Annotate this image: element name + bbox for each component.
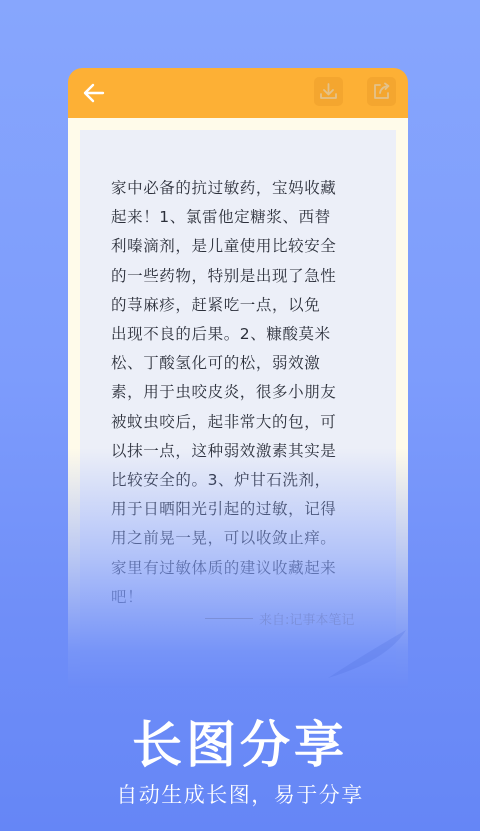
- note-text: 家中必备的抗过敏药，宝妈收藏 起来！1、氯雷他定糖浆、西替 利嗪滴剂，是儿童使用…: [111, 174, 351, 612]
- long-image-preview-card: 家中必备的抗过敏药，宝妈收藏 起来！1、氯雷他定糖浆、西替 利嗪滴剂，是儿童使用…: [68, 68, 408, 688]
- note-line: 素，用于虫咬皮炎，很多小朋友: [111, 378, 351, 407]
- download-button[interactable]: [314, 77, 343, 106]
- source-label: 来自:记事本笔记: [259, 609, 354, 628]
- note-line: 的一些药物，特别是出现了急性: [111, 262, 351, 291]
- note-line: 起来！1、氯雷他定糖浆、西替: [111, 203, 351, 232]
- note-line: 利嗪滴剂，是儿童使用比较安全: [111, 232, 351, 261]
- note-line: 的荨麻疹，赶紧吃一点，以免: [111, 291, 351, 320]
- download-icon: [314, 77, 343, 106]
- source-dash: [205, 618, 253, 619]
- top-bar: [68, 68, 408, 118]
- note-line: 用之前晃一晃，可以收敛止痒。: [111, 524, 351, 553]
- promo-subtitle: 自动生成长图，易于分享: [0, 779, 480, 809]
- note-line: 家里有过敏体质的建议收藏起来: [111, 554, 351, 583]
- note-line: 被蚊虫咬后，起非常大的包，可: [111, 408, 351, 437]
- note-line: 出现不良的后果。2、糠酸莫米: [111, 320, 351, 349]
- share-icon: [367, 77, 396, 106]
- note-line: 用于日晒阳光引起的过敏，记得: [111, 495, 351, 524]
- feather-icon: [318, 630, 408, 680]
- arrow-left-icon: [78, 78, 110, 108]
- note-line: 吧！: [111, 583, 351, 612]
- note-line: 比较安全的。3、炉甘石洗剂，: [111, 466, 351, 495]
- note-line: 以抹一点，这种弱效激素其实是: [111, 437, 351, 466]
- promo-title: 长图分享: [0, 705, 480, 777]
- share-button[interactable]: [367, 77, 396, 106]
- back-button[interactable]: [78, 78, 110, 108]
- note-line: 松、丁酸氢化可的松，弱效激: [111, 349, 351, 378]
- note-line: 家中必备的抗过敏药，宝妈收藏: [111, 174, 351, 203]
- note-source: 来自:记事本笔记: [205, 609, 354, 628]
